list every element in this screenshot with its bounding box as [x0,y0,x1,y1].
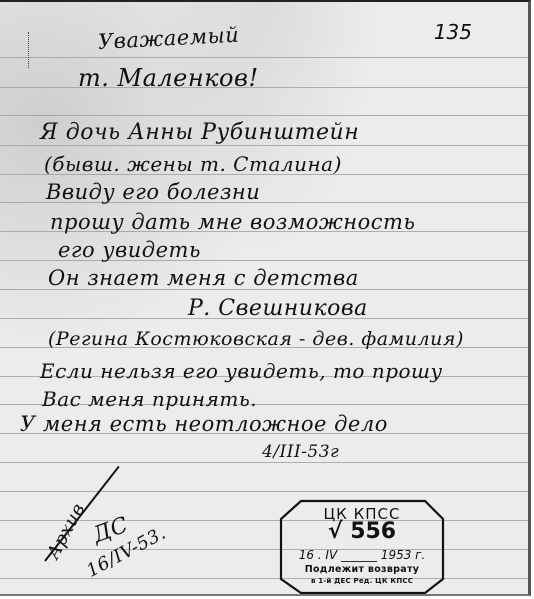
margin-mark [28,32,31,68]
ruled-line [0,115,528,116]
body-line-1: Я дочь Анны Рубинштейн [40,120,359,145]
salutation-line-2: т. Маленков! [78,64,259,92]
ruled-line [0,145,528,146]
closing-line-2: Вас меня принять. [42,387,257,411]
stamp-small-print: в 1-й ДЕС Ред. ЦК КПСС [279,577,445,585]
body-line-2: (бывш. жены т. Сталина) [44,152,342,176]
stamp-number: √ 556 [279,519,445,544]
signature: Р. Свешникова [188,296,368,321]
body-line-3: Ввиду его болезни [46,180,260,204]
ruled-line [0,578,528,579]
page-number: 135 [434,20,472,44]
salutation-line-1: Уважаемый [97,23,239,54]
body-line-4: прошу дать мне возможность [50,210,415,234]
ruled-line [0,549,528,550]
letter-page: 135 Уважаемый т. Маленков! Я дочь Анны Р… [0,0,531,596]
ruled-line [0,57,528,58]
maiden-name-note: (Регина Костюковская - дев. фамилия) [48,328,464,350]
annotation-archive: Архив [43,500,90,563]
registration-stamp: ЦК КПСС √ 556 16 . IV ______ 1953 г. Под… [279,499,445,595]
body-line-5: его увидеть [58,238,201,262]
body-line-6: Он знает меня с детства [48,266,359,290]
closing-line-1: Если нельзя его увидеть, то прошу [40,359,443,383]
letter-date: 4/III-53г [262,442,339,462]
ruled-line [0,491,528,492]
stamp-return-note: Подлежит возврату [279,564,445,575]
closing-line-3: У меня есть неотложное дело [20,412,388,436]
ruled-line [0,462,528,463]
stamp-date: 16 . IV ______ 1953 г. [279,548,445,562]
